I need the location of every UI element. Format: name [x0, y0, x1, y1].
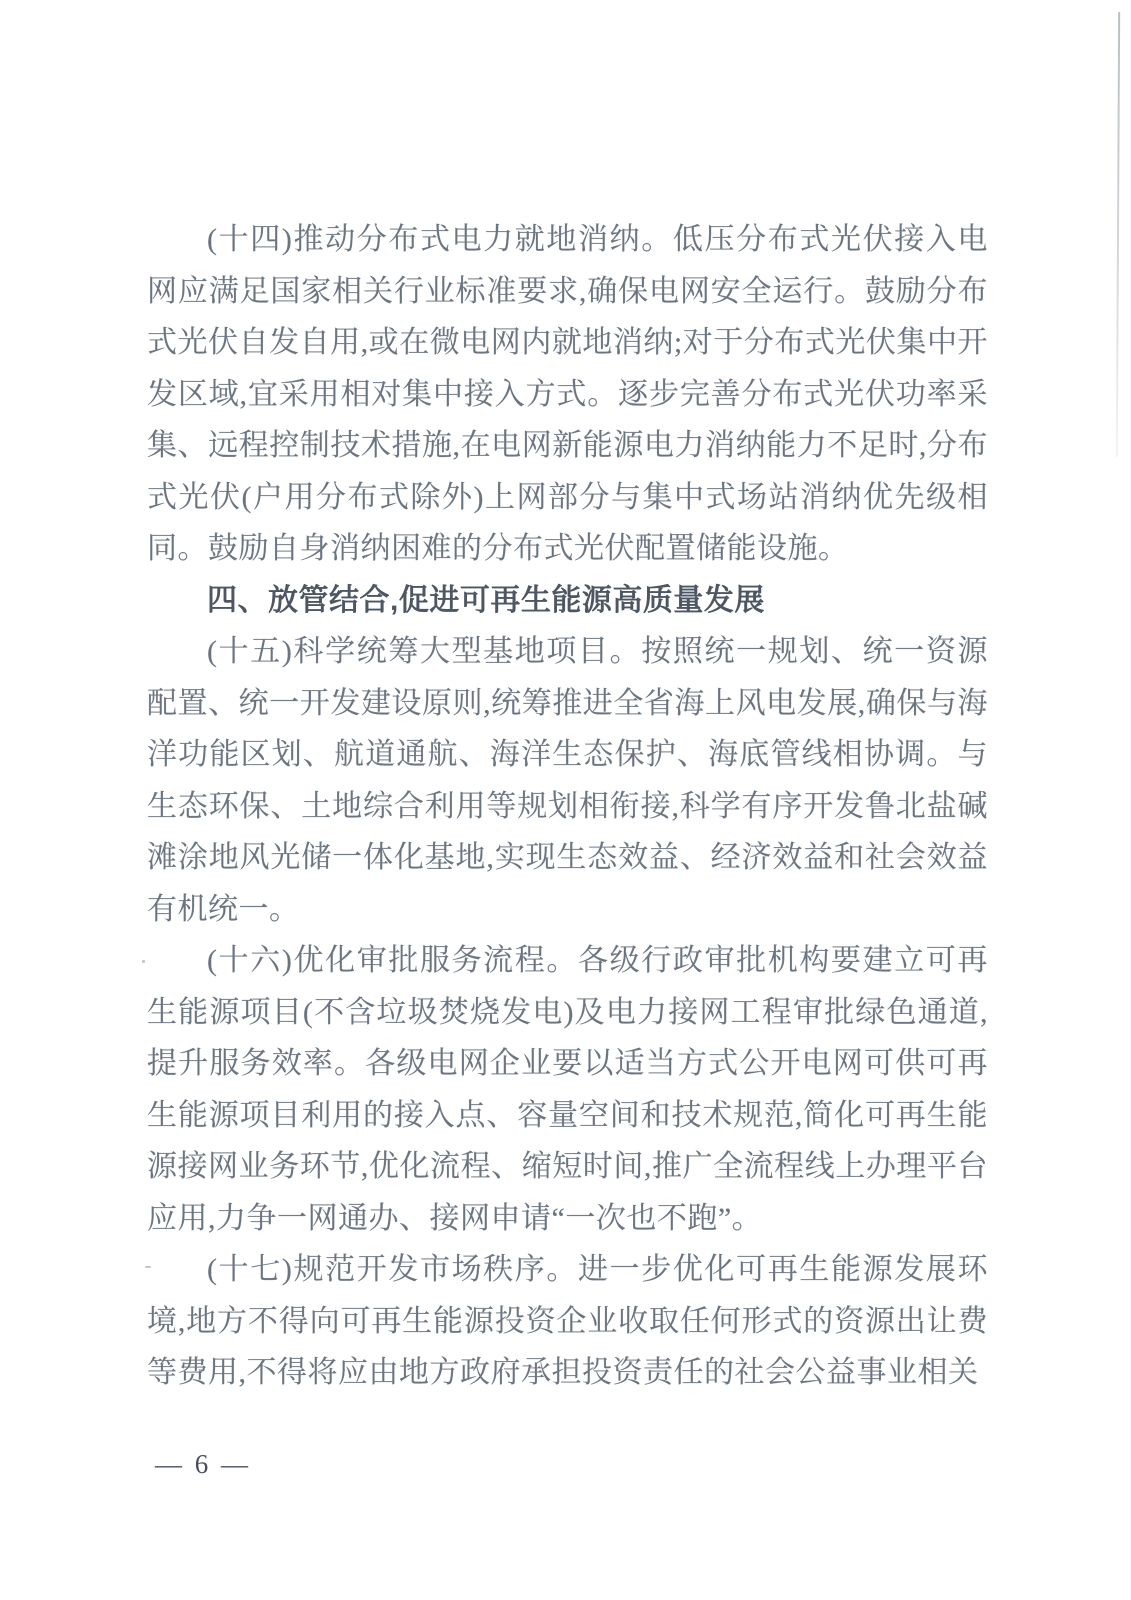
paragraph-item-17: (十七)规范开发市场秩序。进一步优化可再生能源发展环境,地方不得向可再生能源投资…: [147, 1244, 988, 1399]
scan-artifact-line: [1116, 12, 1120, 457]
paragraph-item-15: (十五)科学统筹大型基地项目。按照统一规划、统一资源配置、统一开发建设原则,统筹…: [147, 626, 988, 935]
paragraph-item-14: (十四)推动分布式电力就地消纳。低压分布式光伏接入电网应满足国家相关行业标准要求…: [147, 214, 988, 575]
page-number: — 6 —: [155, 1447, 251, 1481]
scanned-document-page: (十四)推动分布式电力就地消纳。低压分布式光伏接入电网应满足国家相关行业标准要求…: [0, 0, 1131, 1600]
scan-speck: [142, 960, 145, 963]
document-body: (十四)推动分布式电力就地消纳。低压分布式光伏接入电网应满足国家相关行业标准要求…: [147, 214, 988, 1399]
paragraph-item-16: (十六)优化审批服务流程。各级行政审批机构要建立可再生能源项目(不含垃圾焚烧发电…: [147, 935, 988, 1244]
section-heading-part-4: 四、放管结合,促进可再生能源高质量发展: [147, 575, 988, 627]
